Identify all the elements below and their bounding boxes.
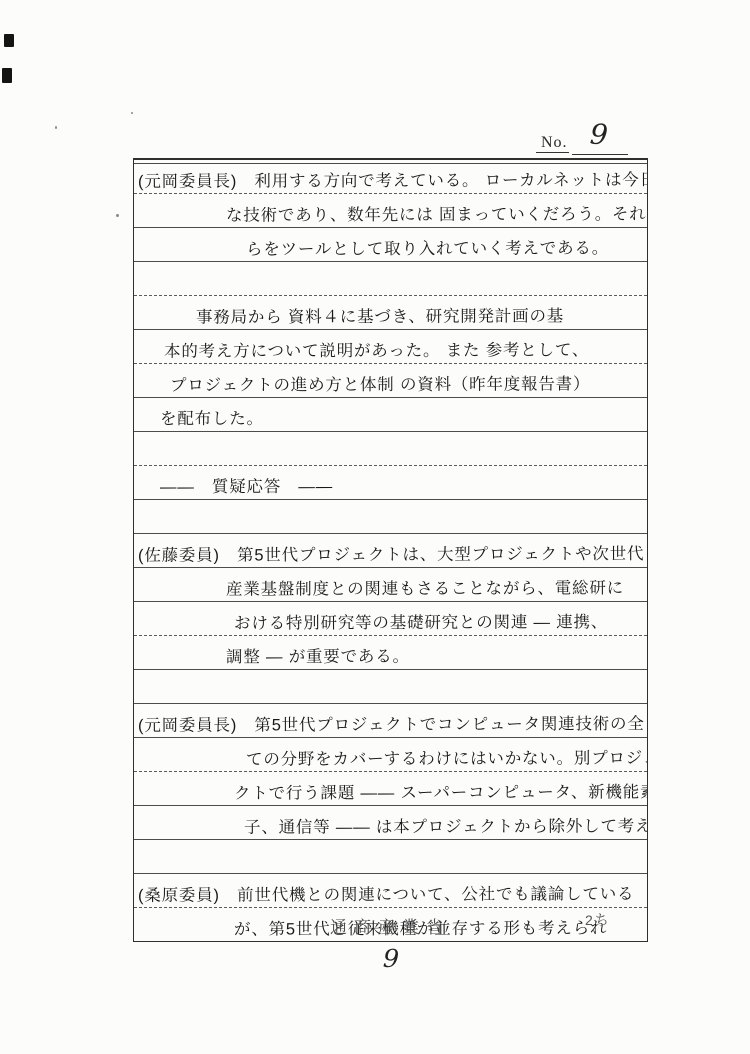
note-line	[134, 840, 647, 874]
note-line: (佐藤委員) 第5世代プロジェクトは、大型プロジェクトや次世代	[134, 534, 647, 568]
scan-artifact-mark	[2, 68, 12, 83]
note-line: ての分野をカバーするわけにはいかない。別プロジェ	[134, 738, 647, 772]
note-text: を配布した。	[160, 405, 264, 431]
note-text: 事務局から 資料４に基づき、研究開発計画の基	[196, 302, 564, 329]
note-line: おける特別研究等の基礎研究との関連 ― 連携、	[134, 602, 647, 636]
copy-count-mark: 2ち	[585, 910, 611, 930]
scan-speck	[116, 214, 119, 217]
note-line: を配布した。	[134, 398, 647, 432]
note-text: ―― 質疑応答 ――	[160, 473, 333, 500]
note-line: な技術であり、数年先には 固まっていくだろう。それ	[134, 194, 647, 228]
note-line: (元岡委員長) 第5世代プロジェクトでコンピュータ関連技術の全	[134, 704, 647, 738]
ministry-stamp: 通商産業省	[330, 913, 450, 938]
note-sheet: (元岡委員長) 利用する方向で考えている。 ローカルネットは今日的 な技術であり…	[133, 158, 648, 942]
note-text: 調整 ― が重要である。	[226, 643, 410, 670]
note-line	[134, 432, 647, 466]
note-line: 産業基盤制度との関連もさることながら、電総研に	[134, 568, 647, 602]
note-line: ―― 質疑応答 ――	[134, 466, 647, 500]
note-text: (桑原委員) 前世代機との関連について、公社でも議論している	[138, 880, 634, 908]
note-text: (佐藤委員) 第5世代プロジェクトは、大型プロジェクトや次世代	[138, 540, 644, 568]
note-line	[134, 262, 647, 296]
scan-speck	[131, 112, 133, 114]
note-text: ての分野をカバーするわけにはいかない。別プロジェ	[246, 744, 648, 771]
note-text: (元岡委員長) 第5世代プロジェクトでコンピュータ関連技術の全	[138, 710, 645, 738]
page-no-label: No.	[541, 134, 568, 152]
note-line: クトで行う課題 ―― スーパーコンピュータ、新機能素	[134, 772, 647, 806]
page-no-value: 9	[589, 117, 609, 151]
note-line: (桑原委員) 前世代機との関連について、公社でも議論している	[134, 874, 647, 908]
note-text: らをツールとして取り入れていく考えである。	[246, 234, 609, 261]
note-line: 事務局から 資料４に基づき、研究開発計画の基	[134, 296, 647, 330]
note-text: おける特別研究等の基礎研究との関連 ― 連携、	[234, 608, 608, 635]
note-text: 産業基盤制度との関連もさることながら、電総研に	[226, 574, 624, 601]
handwritten-page-number: 9	[382, 944, 399, 974]
note-line: プロジェクトの進め方と体制 の資料（昨年度報告書）	[134, 364, 647, 398]
note-line: 本的考え方について説明があった。 また 参考として、	[134, 330, 647, 364]
note-line: 調整 ― が重要である。	[134, 636, 647, 670]
note-line: らをツールとして取り入れていく考えである。	[134, 228, 647, 262]
note-line	[134, 670, 647, 704]
note-line	[134, 500, 647, 534]
note-text: 子、通信等 ―― は本プロジェクトから除外して考える。	[244, 812, 648, 840]
note-text: (元岡委員長) 利用する方向で考えている。 ローカルネットは今日的	[138, 166, 648, 194]
note-line: 子、通信等 ―― は本プロジェクトから除外して考える。	[134, 806, 647, 840]
scan-artifact-mark	[4, 34, 14, 47]
page-no-underline	[536, 152, 569, 153]
scan-speck	[55, 126, 57, 129]
note-line: (元岡委員長) 利用する方向で考えている。 ローカルネットは今日的	[134, 160, 647, 194]
note-text: プロジェクトの進め方と体制 の資料（昨年度報告書）	[170, 370, 590, 397]
note-text: クトで行う課題 ―― スーパーコンピュータ、新機能素	[234, 778, 648, 805]
page-no-underline	[572, 154, 628, 155]
note-text: 本的考え方について説明があった。 また 参考として、	[164, 336, 589, 363]
note-text: な技術であり、数年先には 固まっていくだろう。それ	[226, 200, 647, 227]
